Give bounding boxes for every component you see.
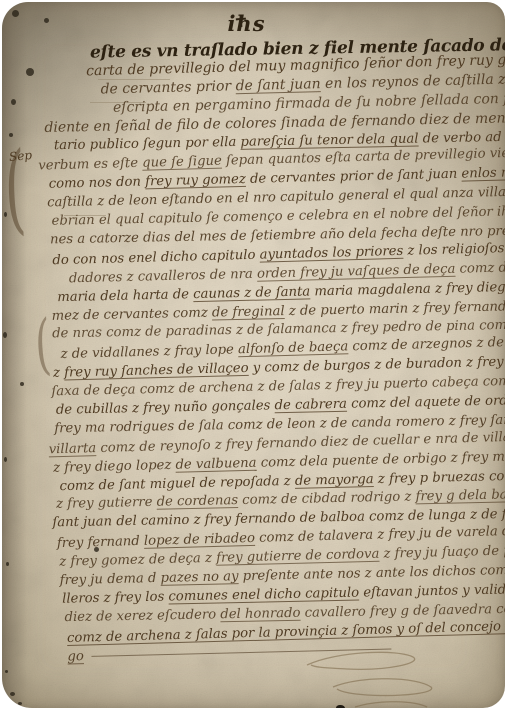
text-segment: z frey gutierre [56, 495, 157, 512]
text-segment: lleros z frey los [62, 589, 169, 606]
text-segment: z de vidallanes z fray lope [60, 343, 238, 363]
christogram-text: ihs [227, 11, 265, 36]
text-segment: frey ju dema d [60, 571, 161, 588]
text-segment: comz de ſanta [455, 259, 505, 276]
cross-icon [239, 15, 242, 27]
underlined-text: del honrado [220, 606, 300, 622]
underlined-text: de cordenas [156, 494, 238, 511]
underlined-text: que ſe ſigue [142, 154, 222, 171]
underlined-text: frey ruy gomez [145, 172, 246, 189]
ink-speck [12, 10, 19, 17]
underlined-text: frey gutierre de cordova [216, 547, 380, 566]
text-segment: z frey gomez de deça z [59, 551, 216, 570]
manuscript-page: ihs eſte es vn traſlado bien z fiel ment… [2, 2, 505, 708]
underlined-text: go [67, 649, 84, 664]
underlined-text: frey g dela bada [415, 488, 505, 505]
text-segment: de verbo ad [418, 130, 501, 147]
ink-speck [3, 332, 7, 338]
underlined-text: comunes enel dicho capitulo [168, 585, 359, 604]
underlined-text: de ſant juan [235, 76, 320, 94]
underlined-text: frey ruy ſanches de villaçeo [64, 361, 249, 381]
ink-blot [336, 705, 345, 708]
ink-speck [11, 99, 16, 105]
text-segment: como nos don [49, 175, 146, 192]
text-segment: frey fernand [57, 534, 144, 551]
ink-speck [26, 68, 34, 76]
ink-speck [94, 547, 99, 552]
underlined-text: pazes no ay [160, 569, 238, 586]
text-segment: de cubillas z frey nuño gonçales [56, 398, 275, 418]
text-segment: mez de cervantes comz [52, 305, 213, 323]
underlined-text: pareſçia ſu tenor dela qual [240, 131, 418, 149]
ink-speck [5, 670, 8, 673]
christogram: ihs [2, 11, 491, 36]
ink-speck [4, 457, 7, 462]
text-segment: tario publico ſegun por ella [54, 134, 241, 152]
underlined-text: de valbuena [175, 455, 256, 472]
ink-speck [6, 562, 9, 566]
text-lines: carta de previllegio del muy magnifico ſ… [18, 53, 505, 668]
underlined-text: ayuntados los priores [259, 244, 403, 263]
text-segment: comz de cibdad rodrigo z [238, 490, 416, 509]
underlined-text: de freginal [212, 304, 285, 320]
ink-speck [44, 18, 49, 23]
text-segment: eſtavan juntos y validos [359, 582, 505, 600]
underlined-text: enlos reynos de [461, 164, 505, 182]
underlined-text: villarta [49, 441, 97, 457]
text-segment: comz del aquete de ordoñga z [347, 393, 505, 412]
text-segment: verbum es eſte [38, 156, 142, 174]
ink-speck [9, 133, 13, 137]
text-segment: z frey diego lopez [53, 457, 176, 475]
text-segment: maria dela harta de [57, 287, 193, 305]
text-segment: z [53, 366, 65, 381]
ink-speck [18, 702, 22, 705]
ink-speck [4, 212, 7, 217]
ink-speck [20, 382, 24, 386]
underlined-text: alfonſo de baeça [238, 340, 349, 358]
text-segment: cavallero frey g de ſaavedra co- [300, 602, 505, 621]
underlined-text: de cabrera [274, 397, 347, 413]
underlined-text: lopez de ribadeo [144, 531, 255, 549]
text-segment: diez de xerez eſcudero [64, 607, 220, 625]
text-segment: de cervantes prior [100, 78, 235, 97]
underlined-text: caunas z de ſanta [193, 284, 310, 302]
underlined-text: de mayorga [295, 472, 374, 489]
paraph-flourish [297, 647, 467, 708]
ink-speck [10, 692, 15, 696]
